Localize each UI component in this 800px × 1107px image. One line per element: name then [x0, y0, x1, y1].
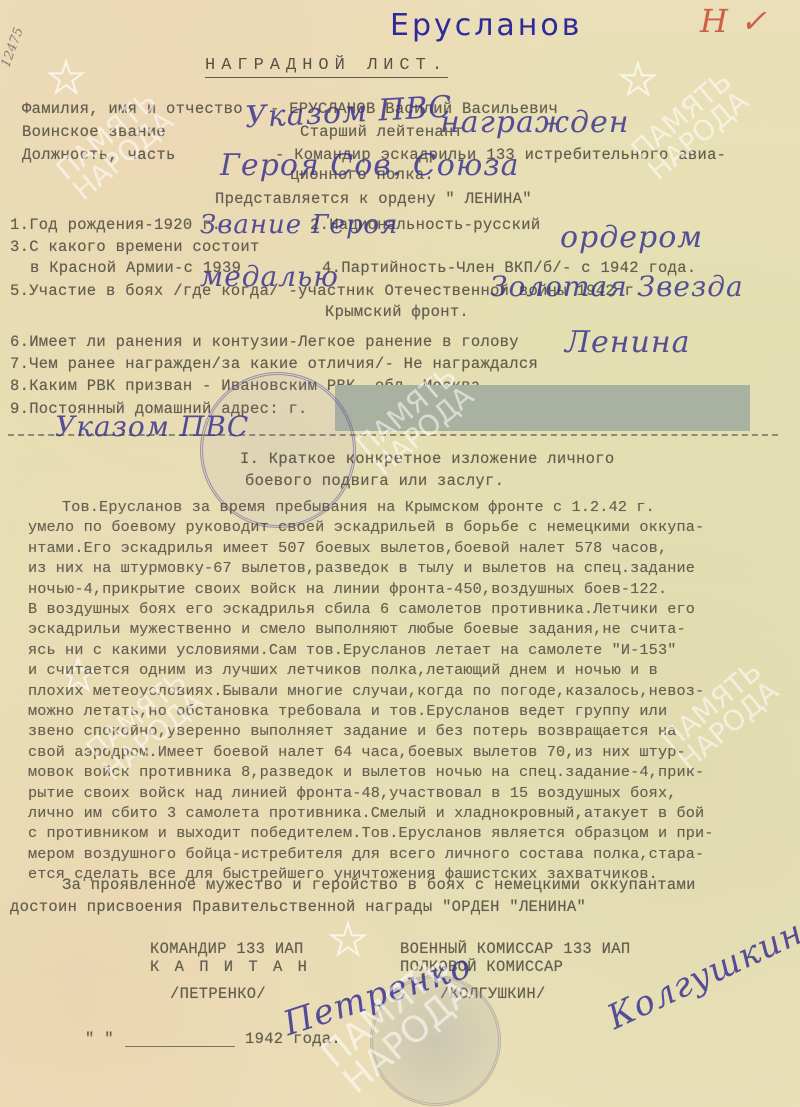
nomination-line: Представляется к ордену " ЛЕНИНА" — [215, 190, 532, 208]
archive-number: 12475 — [0, 26, 27, 70]
narrative-line: В воздушных боях его эскадрилья сбила 6 … — [28, 600, 695, 618]
handwritten-note-5: Героя Сов. Союза — [220, 148, 520, 183]
red-corner-mark: Н ✓ — [700, 2, 768, 40]
conclusion-line-1: За проявленное мужество и геройство в бо… — [62, 876, 696, 894]
date-blank-line — [125, 1046, 235, 1047]
narrative-line: эскадрильи мужественно и смело выполняют… — [28, 620, 686, 638]
narrative-line: мером воздушного бойца-истребителя для в… — [28, 845, 704, 863]
item-wounds: 6.Имеет ли ранения и контузии-Легкое ран… — [10, 333, 519, 351]
award-sheet-page: 12475 Ерусланов Н ✓ ★ ★ ★ ★ НАГРАДНОЙ ЛИ… — [0, 0, 800, 1107]
handwritten-note-2: награжден — [440, 105, 630, 140]
commander-name: /ПЕТРЕНКО/ — [170, 985, 266, 1003]
star-watermark-icon: ★ — [620, 50, 656, 110]
narrative-line: плохих метеоусловиях.Бывали многие случа… — [28, 682, 704, 700]
narrative-line: умело по боевому руководит своей эскадри… — [28, 518, 704, 536]
handwritten-note-8: Ленина — [565, 325, 691, 360]
commissar-signature: Колгушкин — [601, 912, 800, 1037]
item-previous-awards: 7.Чем ранее награжден/за какие отличия/-… — [10, 355, 538, 373]
item-service-since-label: 3.С какого времени состоит — [10, 238, 260, 256]
narrative-line: нтами.Его эскадрилья имеет 507 боевых вы… — [28, 539, 667, 557]
narrative-line: Тов.Ерусланов за время пребывания на Кры… — [62, 498, 655, 516]
narrative-line: лично им сбито 3 самолета противника.Сме… — [28, 804, 704, 822]
handwritten-note-7: ордером — [560, 220, 703, 255]
handwritten-note-3: медалью — [200, 260, 339, 293]
item-birth-year: 1.Год рождения-1920 г. — [10, 216, 221, 234]
star-watermark-icon: ★ — [330, 910, 366, 970]
conclusion-line-2: достоин присвоения Правительственной наг… — [10, 898, 586, 916]
narrative-line: рытие своих войск над линией фронта-48,у… — [28, 784, 676, 802]
star-watermark-icon: ★ — [48, 48, 84, 108]
handwritten-award-decree: Указом ПВС — [55, 410, 249, 443]
date-prefix: " " — [85, 1030, 114, 1048]
narrative-line: из них на штурмовку-67 вылетов,разведок … — [28, 559, 695, 577]
section-heading-line-1: I. Краткое конкретное изложение личного — [240, 450, 614, 468]
narrative-line: и считается одним из лучших летчиков пол… — [28, 661, 658, 679]
handwritten-note-4: Золотая Звезда — [490, 270, 744, 303]
document-title: НАГРАДНОЙ ЛИСТ. — [205, 56, 448, 78]
commander-title: КОМАНДИР 133 ИАП — [150, 940, 304, 958]
commander-rank: К А П И Т А Н — [150, 958, 310, 976]
watermark-text: ПАМЯТЬНАРОДА — [657, 657, 782, 774]
handwritten-surname-header: Ерусланов — [390, 8, 582, 43]
narrative-line: ясь ни с какими условиями.Сам тов.Ерусла… — [28, 641, 676, 659]
item-combat-front: Крымский фронт. — [325, 303, 469, 321]
handwritten-note-6: Звание Героя — [200, 210, 398, 240]
narrative-line: ночью-4,прикрытие своих войск на линии ф… — [28, 580, 667, 598]
narrative-line: с противником и выходит победителем.Тов.… — [28, 824, 714, 842]
section-heading-line-2: боевого подвига или заслуг. — [245, 472, 504, 490]
